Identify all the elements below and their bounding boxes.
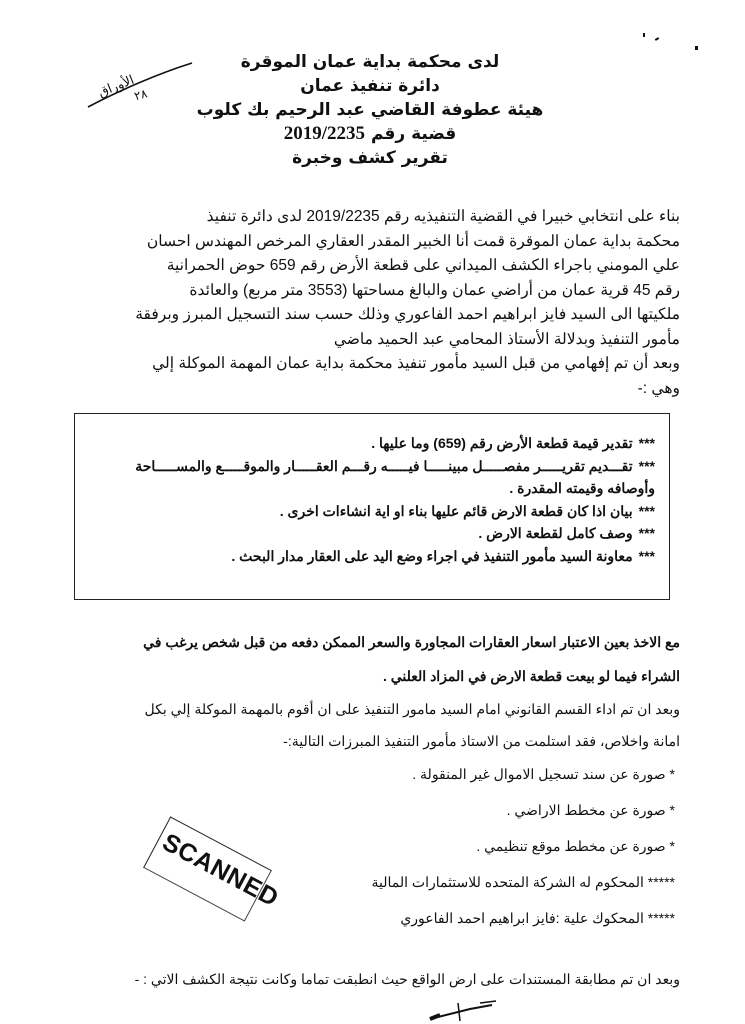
text-line: ملكيتها الى السيد فايز ابراهيم احمد الفا… bbox=[80, 303, 680, 328]
svg-text:٢٨: ٢٨ bbox=[133, 86, 150, 103]
oath-paragraph: وبعد ان تم اداء القسم القانوني امام السي… bbox=[68, 693, 680, 757]
text-line: رقم 45 قرية عمان من أراضي عمان والبالغ م… bbox=[80, 279, 680, 304]
text-line: امانة واخلاص، فقد استلمت من الاستاذ مأمو… bbox=[68, 725, 680, 757]
bullet-stars: *** bbox=[639, 435, 655, 451]
document-header: لدى محكمة بداية عمان الموقرة دائرة تنفيذ… bbox=[150, 50, 590, 170]
consideration-paragraph: مع الاخذ بعين الاعتبار اسعار العقارات ال… bbox=[68, 625, 680, 693]
document-item: * صورة عن مخطط الاراضي . bbox=[371, 796, 675, 824]
court-name: لدى محكمة بداية عمان الموقرة bbox=[150, 50, 590, 74]
text-line: علي المومني باجراء الكشف الميداني على قط… bbox=[80, 254, 680, 279]
bullet-stars: *** bbox=[639, 458, 655, 474]
text-line: وبعد ان تم اداء القسم القانوني امام السي… bbox=[68, 693, 680, 725]
panel-name: هيئة عطوفة القاضي عبد الرحيم بك كلوب bbox=[150, 98, 590, 122]
task-item-continuation: وأوصافه وقيمته المقدرة . bbox=[85, 477, 655, 500]
case-line: قضية رقم 2019/2235 bbox=[150, 122, 590, 146]
text-line: مأمور التنفيذ وبدلالة الأستاذ المحامي عب… bbox=[80, 328, 680, 353]
conclusion-paragraph: وبعد ان تم مطابقة المستندات على ارض الوا… bbox=[68, 968, 680, 990]
case-number: 2019/2235 bbox=[284, 123, 365, 144]
bullet-stars: *** bbox=[639, 503, 655, 519]
text-line: وهي :- bbox=[80, 377, 680, 402]
bullet-stars: *** bbox=[639, 525, 655, 541]
document-item: * صورة عن سند تسجيل الاموال غير المنقولة… bbox=[371, 760, 675, 788]
scanned-stamp: SCANNED bbox=[143, 816, 272, 921]
task-item: ***تقدير قيمة قطعة الأرض رقم (659) وما ع… bbox=[85, 432, 655, 455]
party-item: ***** المحكوك علية :فايز ابراهيم احمد ال… bbox=[371, 904, 675, 932]
signature-mark bbox=[400, 995, 500, 1023]
task-item: ***تقـــديم تقريـــــر مفصـــــل مبينـــ… bbox=[85, 455, 655, 478]
task-item: ***بيان اذا كان قطعة الارض قائم عليها بن… bbox=[85, 500, 655, 523]
text-line: الشراء فيما لو بيعت قطعة الارض في المزاد… bbox=[68, 659, 680, 693]
tasks-box: ***تقدير قيمة قطعة الأرض رقم (659) وما ع… bbox=[74, 413, 670, 600]
svg-text:الأوراق: الأوراق bbox=[96, 71, 137, 101]
report-title: تقرير كشف وخبرة bbox=[150, 146, 590, 170]
task-item: ***معاونة السيد مأمور التنفيذ في اجراء و… bbox=[85, 545, 655, 568]
party-item: ***** المحكوم له الشركة المتحده للاستثما… bbox=[371, 868, 675, 896]
intro-paragraph: بناء على انتخابي خبيرا في القضية التنفيذ… bbox=[80, 205, 680, 401]
text-line: محكمة بداية عمان الموقرة قمت أنا الخبير … bbox=[80, 230, 680, 255]
text-line: وبعد أن تم إفهامي من قبل السيد مأمور تنف… bbox=[80, 352, 680, 377]
text-line: بناء على انتخابي خبيرا في القضية التنفيذ… bbox=[80, 205, 680, 230]
documents-list: * صورة عن سند تسجيل الاموال غير المنقولة… bbox=[371, 760, 675, 932]
case-label: قضية رقم bbox=[371, 124, 456, 144]
document-item: * صورة عن مخطط موقع تنظيمي . bbox=[371, 832, 675, 860]
tasks-list: ***تقدير قيمة قطعة الأرض رقم (659) وما ع… bbox=[85, 432, 655, 567]
text-line: مع الاخذ بعين الاعتبار اسعار العقارات ال… bbox=[68, 625, 680, 659]
bullet-stars: *** bbox=[639, 548, 655, 564]
scan-specks bbox=[610, 30, 710, 70]
text-line: وبعد ان تم مطابقة المستندات على ارض الوا… bbox=[68, 968, 680, 990]
department-name: دائرة تنفيذ عمان bbox=[150, 74, 590, 98]
task-item: ***وصف كامل لقطعة الارض . bbox=[85, 522, 655, 545]
